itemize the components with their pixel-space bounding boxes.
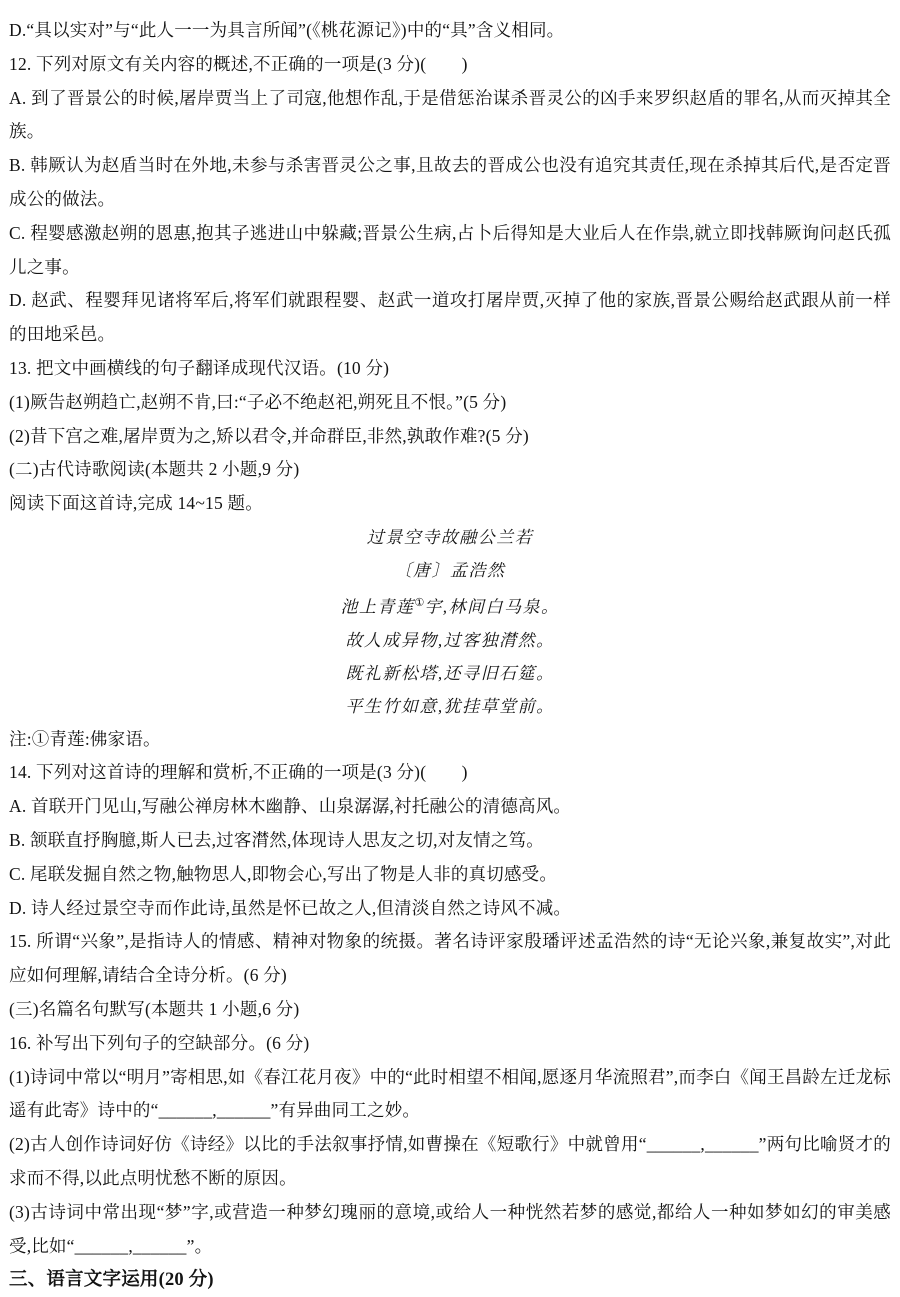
part-3-heading: 三、语言文字运用(20 分) [9, 1263, 891, 1297]
option-12b: B. 韩厥认为赵盾当时在外地,未参与杀害晋灵公之事,且故去的晋成公也没有追究其责… [9, 149, 891, 217]
poem-note: 注:①青莲:佛家语。 [9, 723, 891, 757]
poem-line-3: 既礼新松塔,还寻旧石筵。 [9, 657, 891, 690]
question-14: 14. 下列对这首诗的理解和赏析,不正确的一项是(3 分)( ) [9, 756, 891, 790]
exam-page: D.“具以实对”与“此人一一为具言所闻”(《桃花源记》)中的“具”含义相同。12… [0, 0, 900, 1297]
poem-line-1: 池上青莲①宇,林间白马泉。 [9, 587, 891, 624]
question-13-1: (1)厥告赵朔趋亡,赵朔不肯,曰:“子必不绝赵祀,朔死且不恨。”(5 分) [9, 386, 891, 420]
poem-line-2: 故人成异物,过客独潸然。 [9, 624, 891, 657]
poem-line-4: 平生竹如意,犹挂草堂前。 [9, 690, 891, 723]
option-12d: D. 赵武、程婴拜见诸将军后,将军们就跟程婴、赵武一道攻打屠岸贾,灭掉了他的家族… [9, 284, 891, 352]
question-15: 15. 所谓“兴象”,是指诗人的情感、精神对物象的统摄。著名诗评家殷璠评述孟浩然… [9, 925, 891, 993]
question-16-2: (2)古人创作诗词好仿《诗经》以比的手法叙事抒情,如曹操在《短歌行》中就曾用“_… [9, 1128, 891, 1196]
option-14b: B. 颔联直抒胸臆,斯人已去,过客潸然,体现诗人思友之切,对友情之笃。 [9, 824, 891, 858]
question-13: 13. 把文中画横线的句子翻译成现代汉语。(10 分) [9, 352, 891, 386]
question-16: 16. 补写出下列句子的空缺部分。(6 分) [9, 1027, 891, 1061]
option-14d: D. 诗人经过景空寺而作此诗,虽然是怀已故之人,但清淡自然之诗风不减。 [9, 892, 891, 926]
option-14c: C. 尾联发掘自然之物,触物思人,即物会心,写出了物是人非的真切感受。 [9, 858, 891, 892]
question-13-2: (2)昔下宫之难,屠岸贾为之,矫以君令,并命群臣,非然,孰敢作难?(5 分) [9, 420, 891, 454]
reading-instruction: 阅读下面这首诗,完成 14~15 题。 [9, 487, 891, 521]
question-16-3: (3)古诗词中常出现“梦”字,或营造一种梦幻瑰丽的意境,或给人一种恍然若梦的感觉… [9, 1196, 891, 1264]
option-12a: A. 到了晋景公的时候,屠岸贾当上了司寇,他想作乱,于是借惩治谋杀晋灵公的凶手来… [9, 82, 891, 150]
section-3-heading: (三)名篇名句默写(本题共 1 小题,6 分) [9, 993, 891, 1027]
question-12: 12. 下列对原文有关内容的概述,不正确的一项是(3 分)( ) [9, 48, 891, 82]
poem-author: 〔唐〕孟浩然 [9, 554, 891, 587]
poem-title: 过景空寺故融公兰若 [9, 521, 891, 554]
option-14a: A. 首联开门见山,写融公禅房林木幽静、山泉潺潺,衬托融公的清德高风。 [9, 790, 891, 824]
exam-content: D.“具以实对”与“此人一一为具言所闻”(《桃花源记》)中的“具”含义相同。12… [9, 14, 891, 1297]
question-16-1: (1)诗词中常以“明月”寄相思,如《春江花月夜》中的“此时相望不相闻,愿逐月华流… [9, 1061, 891, 1129]
footnote-marker: ① [414, 597, 424, 609]
option-11d: D.“具以实对”与“此人一一为具言所闻”(《桃花源记》)中的“具”含义相同。 [9, 14, 891, 48]
section-2-heading: (二)古代诗歌阅读(本题共 2 小题,9 分) [9, 453, 891, 487]
option-12c: C. 程婴感激赵朔的恩惠,抱其子逃进山中躲藏;晋景公生病,占卜后得知是大业后人在… [9, 217, 891, 285]
